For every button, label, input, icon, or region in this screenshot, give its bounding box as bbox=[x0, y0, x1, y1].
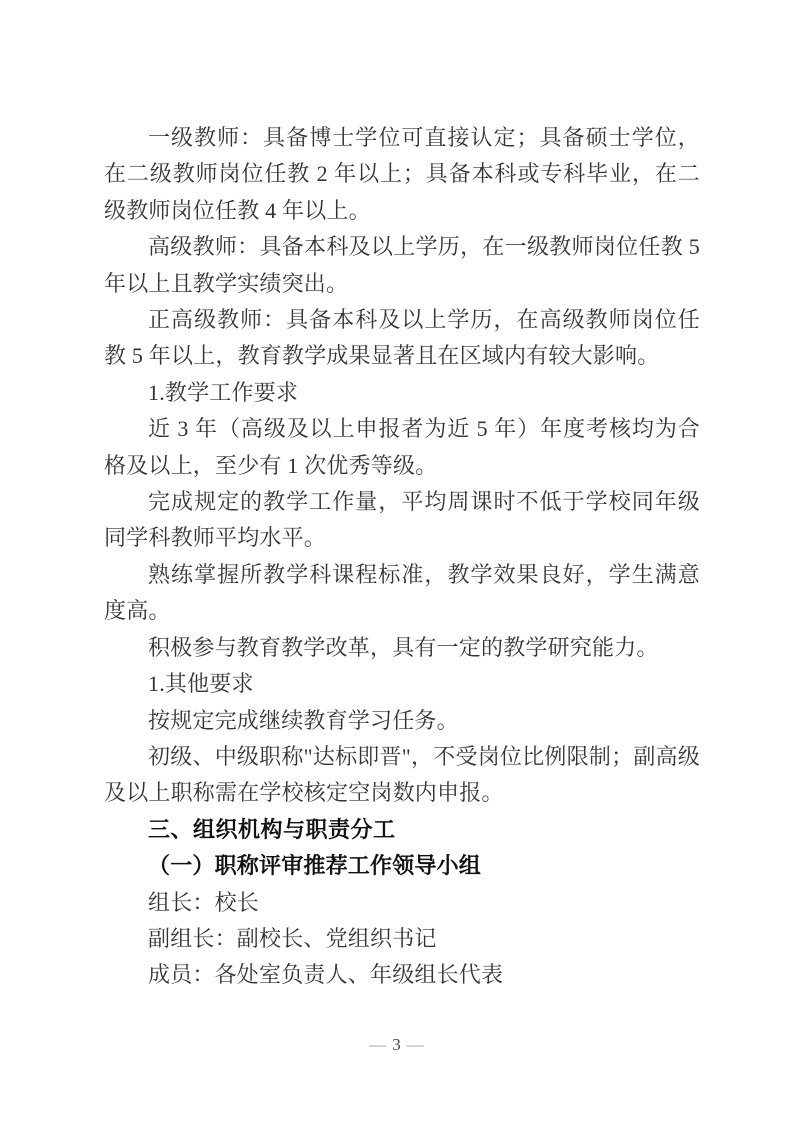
para-senior-teacher-criteria: 高级教师：具备本科及以上学历，在一级教师岗位任教 5 年以上且教学实绩突出。 bbox=[104, 229, 700, 302]
para-other-requirements-label: 1.其他要求 bbox=[104, 666, 700, 702]
para-full-senior-teacher-criteria: 正高级教师：具备本科及以上学历，在高级教师岗位任教 5 年以上，教育教学成果显著… bbox=[104, 302, 700, 375]
para-quota-limit-rule: 初级、中级职称"达标即晋"，不受岗位比例限制；副高级及以上职称需在学校核定空岗数… bbox=[104, 739, 700, 812]
para-curriculum-mastery-requirement: 熟练掌握所教学科课程标准，教学效果良好，学生满意度高。 bbox=[104, 557, 700, 630]
page-number: 3 bbox=[392, 1035, 401, 1054]
para-first-level-teacher-criteria: 一级教师：具备博士学位可直接认定；具备硕士学位，在二级教师岗位任教 2 年以上；… bbox=[104, 120, 700, 229]
para-group-leader: 组长：校长 bbox=[104, 885, 700, 921]
document-page: 一级教师：具备博士学位可直接认定；具备硕士学位，在二级教师岗位任教 2 年以上；… bbox=[0, 0, 793, 1122]
para-teaching-reform-requirement: 积极参与教育教学改革，具有一定的教学研究能力。 bbox=[104, 630, 700, 666]
para-teaching-workload-requirement: 完成规定的教学工作量，平均周课时不低于学校同年级同学科教师平均水平。 bbox=[104, 484, 700, 557]
para-continuing-education-requirement: 按规定完成继续教育学习任务。 bbox=[104, 703, 700, 739]
heading-section-3-organization: 三、组织机构与职责分工 bbox=[104, 812, 700, 848]
para-group-members: 成员：各处室负责人、年级组长代表 bbox=[104, 957, 700, 993]
footer-left-dash: — bbox=[363, 1035, 392, 1054]
para-annual-assessment-requirement: 近 3 年（高级及以上申报者为近 5 年）年度考核均为合格及以上，至少有 1 次… bbox=[104, 411, 700, 484]
heading-leading-group: （一）职称评审推荐工作领导小组 bbox=[104, 848, 700, 884]
footer-right-dash: — bbox=[401, 1035, 430, 1054]
para-deputy-group-leader: 副组长：副校长、党组织书记 bbox=[104, 921, 700, 957]
page-footer: —3— bbox=[0, 1034, 793, 1056]
document-body: 一级教师：具备博士学位可直接认定；具备硕士学位，在二级教师岗位任教 2 年以上；… bbox=[104, 120, 700, 994]
para-teaching-work-requirements-label: 1.教学工作要求 bbox=[104, 375, 700, 411]
